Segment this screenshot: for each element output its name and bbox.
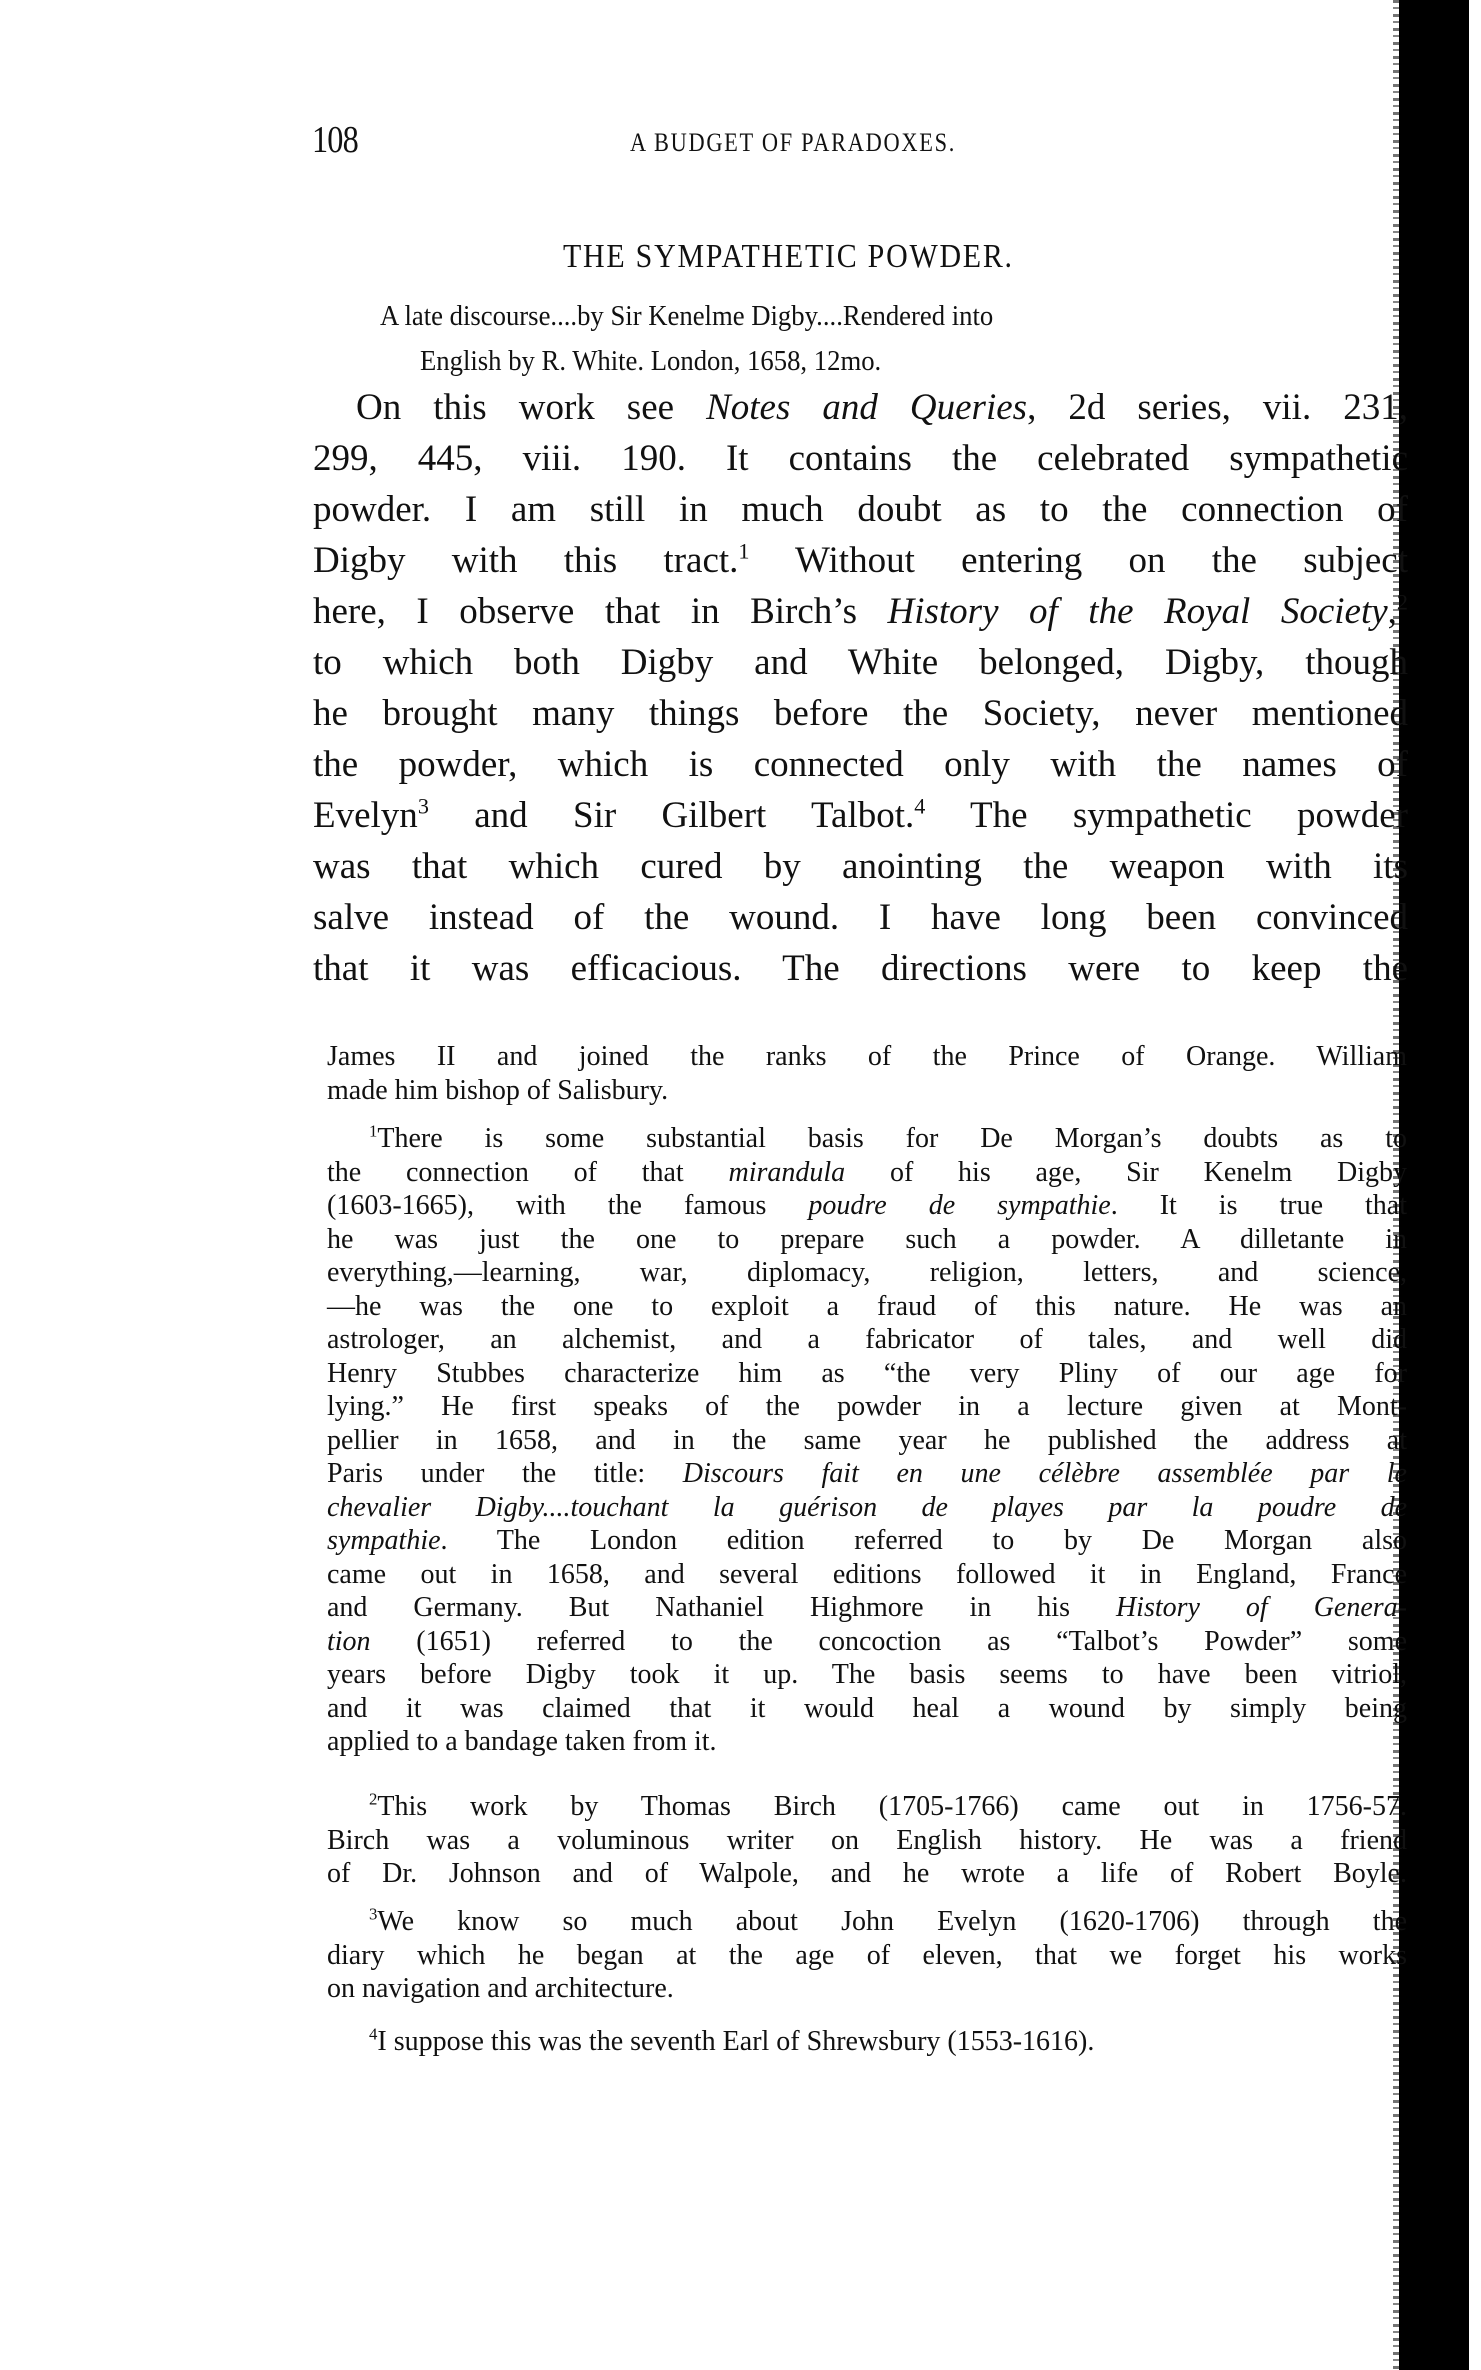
text-line: Paris under the title: Discours fait en … bbox=[327, 1457, 1407, 1491]
text-line: came out in 1658, and several editions f… bbox=[327, 1558, 1407, 1592]
text-line: he was just the one to prepare such a po… bbox=[327, 1223, 1407, 1257]
text-line: salve instead of the wound. I have long … bbox=[313, 892, 1408, 943]
text-line: Birch was a voluminous writer on English… bbox=[327, 1824, 1407, 1858]
text-line: On this work see Notes and Queries, 2d s… bbox=[313, 382, 1408, 433]
footnote-2: 2This work by Thomas Birch (1705-1766) c… bbox=[327, 1790, 1407, 1891]
text-line: Evelyn3 and Sir Gilbert Talbot.4 The sym… bbox=[313, 790, 1408, 841]
text-line: powder. I am still in much doubt as to t… bbox=[313, 484, 1408, 535]
text-line: applied to a bandage taken from it. bbox=[327, 1725, 1407, 1759]
footnote-1: 1There is some substantial basis for De … bbox=[327, 1122, 1407, 1759]
text-line: Digby with this tract.1 Without entering… bbox=[313, 535, 1408, 586]
page-header: 108 A BUDGET OF PARADOXES. bbox=[312, 118, 1392, 163]
text-line: 1There is some substantial basis for De … bbox=[327, 1122, 1407, 1156]
text-line: diary which he began at the age of eleve… bbox=[327, 1939, 1407, 1973]
text-line: James II and joined the ranks of the Pri… bbox=[327, 1040, 1407, 1074]
text-line: sympathie. The London edition referred t… bbox=[327, 1524, 1407, 1558]
body-paragraph: On this work see Notes and Queries, 2d s… bbox=[313, 382, 1408, 994]
text-line: that it was efficacious. The directions … bbox=[313, 943, 1408, 994]
citation-line: English by R. White. London, 1658, 12mo. bbox=[420, 345, 881, 378]
footnote-continued: James II and joined the ranks of the Pri… bbox=[327, 1040, 1407, 1107]
text-line: —he was the one to exploit a fraud of th… bbox=[327, 1290, 1407, 1324]
page-number: 108 bbox=[312, 118, 358, 162]
text-line: 3We know so much about John Evelyn (1620… bbox=[327, 1905, 1407, 1939]
section-title: THE SYMPATHETIC POWDER. bbox=[563, 238, 1014, 276]
scan-binding-shadow bbox=[1399, 0, 1469, 2370]
text-line: 2This work by Thomas Birch (1705-1766) c… bbox=[327, 1790, 1407, 1824]
text-line: was that which cured by anointing the we… bbox=[313, 841, 1408, 892]
text-line: years before Digby took it up. The basis… bbox=[327, 1658, 1407, 1692]
running-head: A BUDGET OF PARADOXES. bbox=[630, 128, 956, 158]
text-line: everything,—learning, war, diplomacy, re… bbox=[327, 1256, 1407, 1290]
text-line: here, I observe that in Birch’s History … bbox=[313, 586, 1408, 637]
text-line: chevalier Digby....touchant la guérison … bbox=[327, 1491, 1407, 1525]
text-line: Henry Stubbes characterize him as “the v… bbox=[327, 1357, 1407, 1391]
text-line: 299, 445, viii. 190. It contains the cel… bbox=[313, 433, 1408, 484]
text-line: astrologer, an alchemist, and a fabricat… bbox=[327, 1323, 1407, 1357]
text-line: the powder, which is connected only with… bbox=[313, 739, 1408, 790]
text-line: the connection of that mirandula of his … bbox=[327, 1156, 1407, 1190]
text-line: pellier in 1658, and in the same year he… bbox=[327, 1424, 1407, 1458]
text-line: and it was claimed that it would heal a … bbox=[327, 1692, 1407, 1726]
text-line: lying.” He first speaks of the powder in… bbox=[327, 1390, 1407, 1424]
text-line: on navigation and architecture. bbox=[327, 1972, 1407, 2006]
footnote-3: 3We know so much about John Evelyn (1620… bbox=[327, 1905, 1407, 2006]
text-line: and Germany. But Nathaniel Highmore in h… bbox=[327, 1591, 1407, 1625]
text-line: (1603-1665), with the famous poudre de s… bbox=[327, 1189, 1407, 1223]
text-line: 4I suppose this was the seventh Earl of … bbox=[327, 2025, 1407, 2059]
text-line: of Dr. Johnson and of Walpole, and he wr… bbox=[327, 1857, 1407, 1891]
text-line: made him bishop of Salisbury. bbox=[327, 1074, 1407, 1108]
text-line: tion (1651) referred to the concoction a… bbox=[327, 1625, 1407, 1659]
citation-line: A late discourse....by Sir Kenelme Digby… bbox=[380, 300, 993, 333]
footnote-4: 4I suppose this was the seventh Earl of … bbox=[327, 2025, 1407, 2059]
text-line: he brought many things before the Societ… bbox=[313, 688, 1408, 739]
text-line: to which both Digby and White belonged, … bbox=[313, 637, 1408, 688]
